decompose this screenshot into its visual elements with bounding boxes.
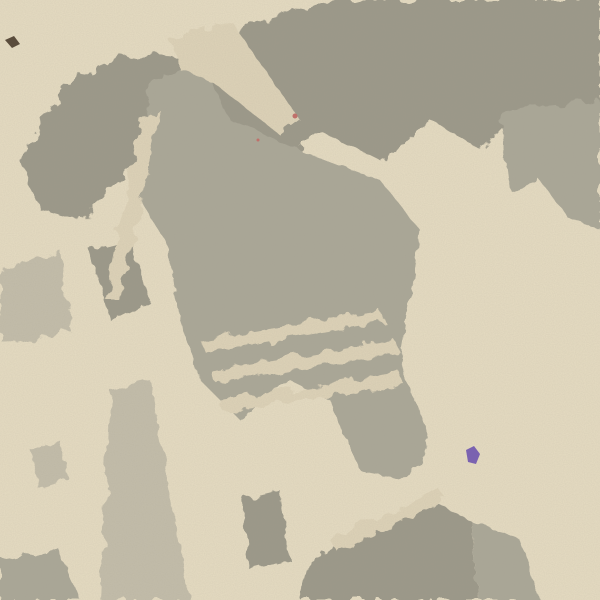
paper-speck-red (257, 139, 260, 142)
abstract-print (0, 0, 600, 600)
paper-grain-texture (0, 0, 600, 600)
paper-speck-red (293, 114, 298, 119)
artwork-canvas (0, 0, 600, 600)
